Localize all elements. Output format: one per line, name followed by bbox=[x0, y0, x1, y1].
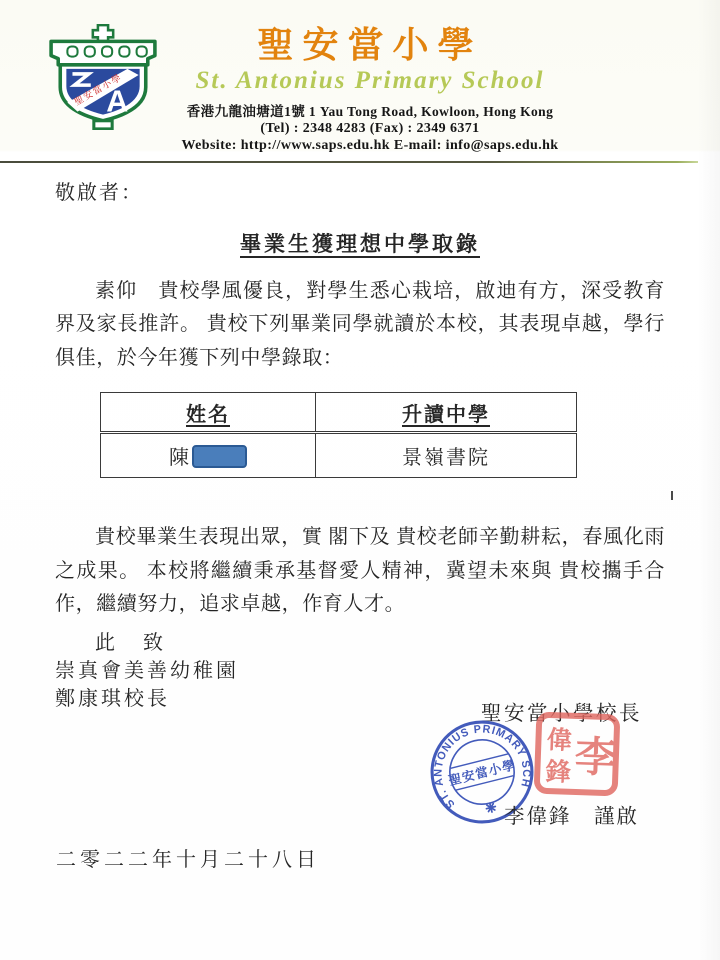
scanned-letter-page: 聖安當小學 A 聖安當小學 St. Antonius Primary Schoo… bbox=[0, 0, 720, 960]
closing-phrase: 此 致 bbox=[55, 629, 665, 657]
school-tel-fax: (Tel) : 2348 4283 (Fax) : 2349 6371 bbox=[10, 121, 720, 137]
school-name-english: St. Antonius Primary School bbox=[10, 67, 720, 95]
letter-subject: 畢業生獲理想中學取錄 bbox=[55, 228, 665, 258]
salutation: 敬啟者： bbox=[55, 176, 665, 205]
cell-student-name: 陳 bbox=[101, 433, 316, 478]
cell-secondary-school: 景嶺書院 bbox=[316, 433, 577, 478]
seal-char-left-bottom: 鋒 bbox=[544, 758, 571, 787]
school-address: 香港九龍油塘道1號 1 Yau Tong Road, Kowloon, Hong… bbox=[10, 100, 720, 120]
admission-table: 姓名 升讀中學 陳 景嶺書院 bbox=[100, 392, 577, 478]
principal-name-seal: 李 偉 鋒 bbox=[532, 709, 623, 798]
school-website-email: Website: http://www.saps.edu.hk E-mail: … bbox=[10, 138, 720, 154]
name-redaction-box bbox=[192, 445, 247, 468]
letterhead: 聖安當小學 A 聖安當小學 St. Antonius Primary Schoo… bbox=[0, 0, 720, 163]
student-surname: 陳 bbox=[169, 447, 189, 469]
letterhead-divider bbox=[0, 161, 698, 163]
scan-artifact bbox=[671, 491, 673, 500]
seal-char-left-top: 偉 bbox=[546, 726, 572, 755]
sender-signature: 李偉鋒 謹啟 bbox=[504, 799, 639, 829]
letterhead-text: 聖安當小學 St. Antonius Primary School 香港九龍油塘… bbox=[10, 26, 720, 154]
secondary-school-name: 景嶺書院 bbox=[402, 447, 490, 469]
seal-char-right: 李 bbox=[574, 734, 618, 782]
name-column-header: 姓名 bbox=[186, 404, 230, 426]
header-cell-name: 姓名 bbox=[101, 393, 316, 433]
table-row: 陳 景嶺書院 bbox=[101, 433, 577, 478]
school-column-header: 升讀中學 bbox=[402, 404, 490, 426]
paragraph-2: 貴校畢業生表現出眾，實 閣下及 貴校老師辛勤耕耘，春風化雨之成果。 本校將繼續秉… bbox=[55, 521, 665, 622]
header-cell-school: 升讀中學 bbox=[316, 393, 577, 433]
letter-body: 敬啟者： 畢業生獲理想中學取錄 素仰 貴校學風優良，對學生悉心栽培，啟迪有方，深… bbox=[0, 176, 720, 713]
school-name-chinese: 聖安當小學 bbox=[10, 26, 720, 66]
table-header-row: 姓名 升讀中學 bbox=[101, 393, 577, 433]
paragraph-1: 素仰 貴校學風優良，對學生悉心栽培，啟迪有方，深受教育界及家長推許。 貴校下列畢… bbox=[55, 275, 665, 376]
recipient-school: 崇真會美善幼稚園 bbox=[55, 657, 665, 685]
letter-date: 二零二二年十月二十八日 bbox=[56, 843, 320, 872]
